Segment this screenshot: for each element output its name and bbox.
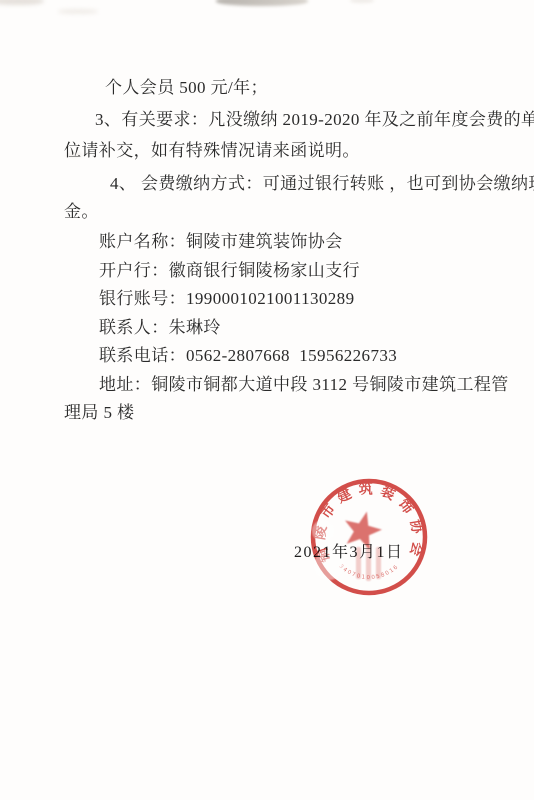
text-line: 4、 会费缴纳方式：可通过银行转账 ，也可到协会缴纳现	[110, 169, 534, 194]
text-line: 联系电话：0562-2807668 15956226733	[99, 341, 397, 366]
official-seal: 铜陵市建筑装饰协会 3407010058016	[287, 455, 452, 620]
scan-artifact	[216, 0, 308, 6]
text-line: 3、有关要求：凡没缴纳 2019-2020 年及之前年度会费的单	[95, 105, 534, 130]
scanned-document-page: 个人会员 500 元/年；3、有关要求：凡没缴纳 2019-2020 年及之前年…	[0, 0, 534, 800]
text-line: 联系人：朱琳玲	[99, 313, 221, 338]
text-line: 理局 5 楼	[64, 398, 134, 423]
scan-artifact	[350, 0, 374, 3]
scan-artifact	[58, 9, 98, 14]
text-line: 金。	[64, 197, 99, 222]
text-line: 地址：铜陵市铜都大道中段 3112 号铜陵市建筑工程管	[99, 370, 509, 395]
text-line: 账户名称：铜陵市建筑装饰协会	[99, 227, 343, 252]
scan-artifact	[0, 0, 44, 5]
text-line: 银行账号：1990001021001130289	[99, 284, 354, 309]
text-line: 个人会员 500 元/年；	[105, 73, 268, 98]
text-line: 位请补交，如有特殊情况请来函说明。	[64, 136, 360, 161]
text-line: 开户行：徽商银行铜陵杨家山支行	[99, 256, 360, 281]
document-date: 2021年3月1日	[294, 539, 404, 562]
